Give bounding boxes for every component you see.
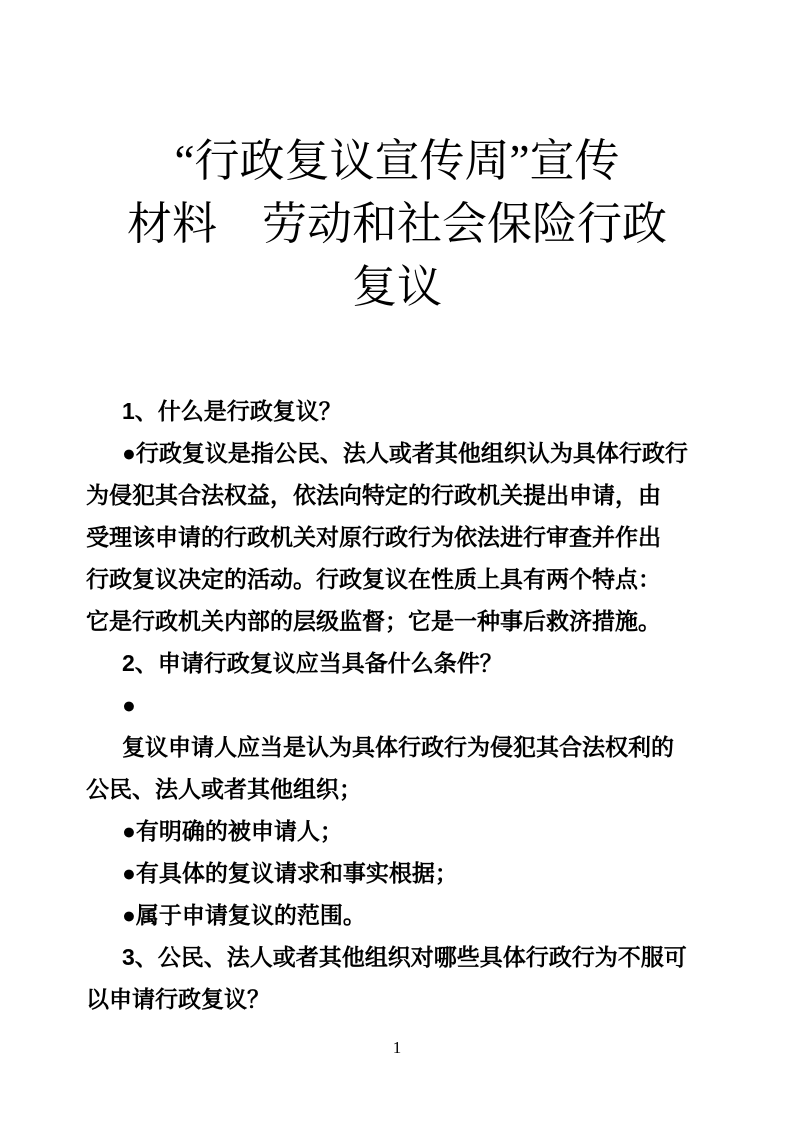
body-line: ●有具体的复议请求和事实根据； (86, 852, 708, 894)
document-title: “行政复议宣传周”宣传 材料 劳动和社会保险行政 复议 (0, 130, 794, 319)
body-line: ●行政复议是指公民、法人或者其他组织认为具体行政行 (86, 432, 708, 474)
body-line: 公民、法人或者其他组织； (86, 768, 708, 810)
title-line: “行政复议宣传周”宣传 (0, 130, 794, 193)
body-line: 1、什么是行政复议？ (86, 390, 708, 432)
page-number: 1 (0, 1037, 794, 1059)
body-line: 2、申请行政复议应当具备什么条件？ (86, 642, 708, 684)
title-line: 材料 劳动和社会保险行政 (0, 193, 794, 256)
body-line: ● (86, 684, 708, 726)
document-page: “行政复议宣传周”宣传 材料 劳动和社会保险行政 复议 1、什么是行政复议？ ●… (0, 0, 794, 1123)
body-line: 行政复议决定的活动。行政复议在性质上具有两个特点： (86, 558, 708, 600)
document-body: 1、什么是行政复议？ ●行政复议是指公民、法人或者其他组织认为具体行政行 为侵犯… (86, 390, 708, 1020)
body-line: 3、公民、法人或者其他组织对哪些具体行政行为不服可 (86, 936, 708, 978)
title-line: 复议 (0, 256, 794, 319)
body-line: ●有明确的被申请人； (86, 810, 708, 852)
body-line: 复议申请人应当是认为具体行政行为侵犯其合法权利的 (86, 726, 708, 768)
body-line: 为侵犯其合法权益，依法向特定的行政机关提出申请，由 (86, 474, 708, 516)
body-line: ●属于申请复议的范围。 (86, 894, 708, 936)
body-line: 以申请行政复议？ (86, 978, 708, 1020)
body-line: 它是行政机关内部的层级监督；它是一种事后救济措施。 (86, 600, 708, 642)
body-line: 受理该申请的行政机关对原行政行为依法进行审查并作出 (86, 516, 708, 558)
